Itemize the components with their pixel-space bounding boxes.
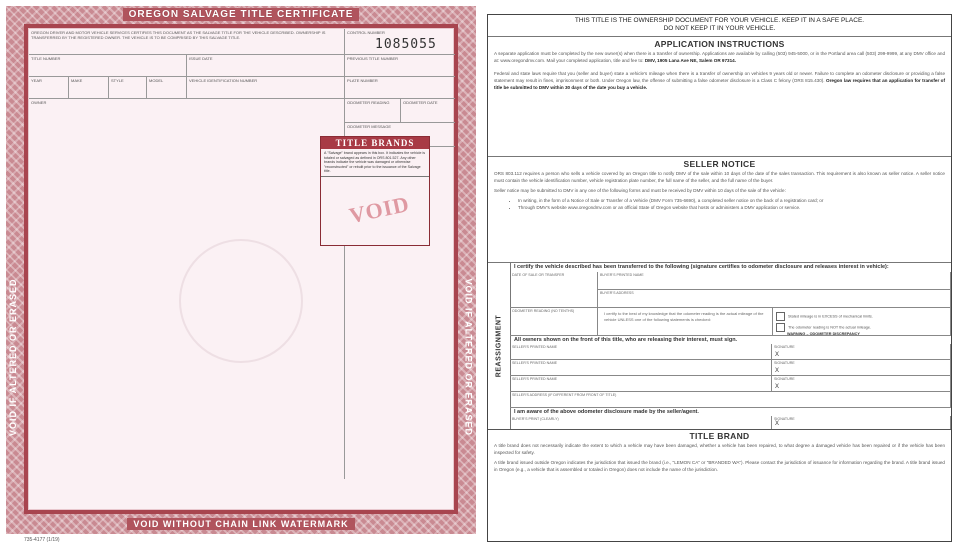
previous-title-number-field: PREVIOUS TITLE NUMBER — [345, 55, 455, 77]
buyer-name-field[interactable]: BUYER'S PRINTED NAME — [598, 272, 951, 290]
make-field: MAKE — [69, 77, 109, 99]
model-field: MODEL — [147, 77, 187, 99]
seller-notice-bullet: In writing, in the form of a Notice of S… — [518, 197, 945, 204]
salvage-title-back: THIS TITLE IS THE OWNERSHIP DOCUMENT FOR… — [487, 14, 952, 542]
application-paragraph-2: Federal and state laws require that you … — [488, 70, 951, 91]
title-brands-box: TITLE BRANDS A "Salvage" brand appears i… — [320, 136, 430, 246]
certificate-paper: OREGON DRIVER AND MOTOR VEHICLE SERVICES… — [28, 28, 454, 510]
signature-x-mark: X — [775, 384, 779, 390]
control-number-cell: CONTROL NUMBER 1085055 — [345, 29, 455, 55]
certificate-title: OREGON SALVAGE TITLE CERTIFICATE — [6, 9, 476, 20]
ownership-notice: THIS TITLE IS THE OWNERSHIP DOCUMENT FOR… — [488, 15, 951, 37]
odometer-statement: I certify to the best of my knowledge th… — [598, 308, 773, 336]
excess-mileage-checkbox[interactable] — [776, 312, 785, 321]
state-seal-watermark — [179, 239, 303, 363]
application-instructions: APPLICATION INSTRUCTIONS A separate appl… — [488, 37, 951, 157]
seller-printed-name-2[interactable]: SELLER'S PRINTED NAME — [510, 360, 772, 376]
seller-notice-paragraph-2: Seller notice may be submitted to DMV in… — [488, 187, 951, 194]
void-stamp: VOID — [347, 191, 412, 229]
title-number-field: TITLE NUMBER — [29, 55, 187, 77]
style-field: STYLE — [109, 77, 147, 99]
seller-signature-3[interactable]: SIGNATURE — [772, 376, 951, 392]
odometer-reading-field[interactable]: ODOMETER READING (NO TENTHS) — [510, 308, 598, 336]
control-number: 1085055 — [375, 37, 437, 52]
signature-x-mark: X — [775, 352, 779, 358]
not-actual-mileage-checkbox[interactable] — [776, 323, 785, 332]
vin-field: VEHICLE IDENTIFICATION NUMBER — [187, 77, 345, 99]
odometer-discrepancy-warning: WARNING – ODOMETER DISCREPANCY — [787, 332, 860, 336]
void-if-altered-left: VOID IF ALTERED OR ERASED — [8, 278, 18, 436]
seller-notice: SELLER NOTICE ORS 803.112 requires a per… — [488, 157, 951, 263]
not-actual-mileage-option[interactable]: The odometer reading is NOT the actual m… — [776, 323, 871, 336]
title-brand-heading: TITLE BRAND — [488, 431, 951, 441]
title-brand-paragraph-1: A title brand does not necessarily indic… — [488, 442, 951, 456]
buyer-address-field[interactable]: BUYER'S ADDRESS — [598, 290, 951, 308]
certificate-frame: OREGON DRIVER AND MOTOR VEHICLE SERVICES… — [24, 24, 458, 514]
all-owners-must-sign: All owners shown on the front of this ti… — [514, 337, 737, 343]
seller-printed-name-1[interactable]: SELLER'S PRINTED NAME — [510, 344, 772, 360]
application-paragraph-1: A separate application must be completed… — [488, 50, 951, 64]
signature-x-mark: X — [775, 421, 779, 427]
seller-notice-heading: SELLER NOTICE — [488, 159, 951, 169]
application-instructions-heading: APPLICATION INSTRUCTIONS — [488, 39, 951, 49]
seller-address-field[interactable]: SELLER'S ADDRESS (IF DIFFERENT FROM FRON… — [510, 392, 951, 408]
void-if-altered-right: VOID IF ALTERED OR ERASED — [464, 278, 474, 436]
certification-statement: OREGON DRIVER AND MOTOR VEHICLE SERVICES… — [29, 29, 345, 55]
excess-mileage-option[interactable]: Stated mileage is in EXCESS of mechanica… — [776, 312, 873, 321]
title-brands-heading: TITLE BRANDS — [321, 137, 429, 149]
signature-x-mark: X — [775, 368, 779, 374]
buyer-signature[interactable]: SIGNATURE — [772, 416, 951, 429]
seller-signature-2[interactable]: SIGNATURE — [772, 360, 951, 376]
buyer-acknowledgement: I am aware of the above odometer disclos… — [514, 409, 699, 415]
seller-signature-1[interactable]: SIGNATURE — [772, 344, 951, 360]
ownership-notice-line-2: DO NOT KEEP IT IN YOUR VEHICLE. — [488, 25, 951, 33]
reassignment-section: REASSIGNMENT I certify the vehicle descr… — [488, 263, 951, 430]
date-of-sale-field[interactable]: DATE OF SALE OR TRANSFER — [510, 272, 598, 308]
seller-notice-paragraph-1: ORS 803.112 requires a person who sells … — [488, 170, 951, 184]
reassignment-label: REASSIGNMENT — [488, 263, 511, 429]
seller-notice-bullets: In writing, in the form of a Notice of S… — [488, 197, 951, 211]
ownership-notice-line-1: THIS TITLE IS THE OWNERSHIP DOCUMENT FOR… — [488, 17, 951, 25]
certificate-footer: VOID WITHOUT CHAIN LINK WATERMARK — [6, 519, 476, 529]
issue-date-field: ISSUE DATE — [187, 55, 345, 77]
title-brand-section: TITLE BRAND A title brand does not neces… — [488, 429, 951, 541]
seller-notice-bullet: Through DMV's website www.oregondmv.com … — [518, 204, 945, 211]
seller-printed-name-3[interactable]: SELLER'S PRINTED NAME — [510, 376, 772, 392]
odometer-reading-field: ODOMETER READING — [345, 99, 401, 123]
salvage-title-front: OREGON SALVAGE TITLE CERTIFICATE VOID IF… — [6, 6, 476, 534]
title-brands-text: A "Salvage" brand appears in this box. I… — [321, 149, 429, 177]
form-id: 735-4177 (1/19) — [24, 537, 60, 543]
control-number-label: CONTROL NUMBER — [347, 30, 385, 35]
buyer-printed-name[interactable]: BUYER'S PRINT (CLEARLY) — [510, 416, 772, 429]
odometer-date-field: ODOMETER DATE — [401, 99, 455, 123]
year-field: YEAR — [29, 77, 69, 99]
certify-transfer-text: I certify the vehicle described has been… — [514, 264, 889, 270]
plate-number-field: PLATE NUMBER — [345, 77, 455, 99]
title-brand-paragraph-2: A title brand issued outside Oregon indi… — [488, 459, 951, 473]
